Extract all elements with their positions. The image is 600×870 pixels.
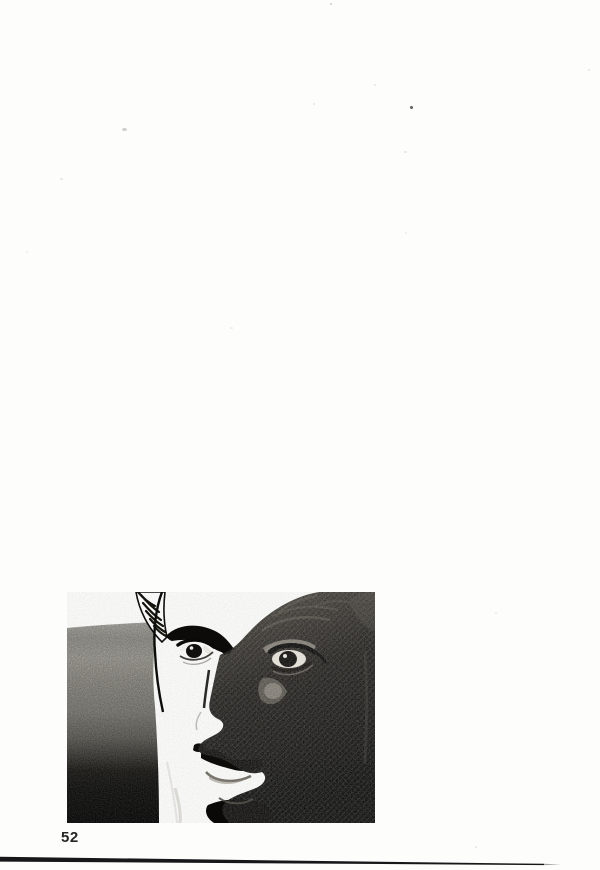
scan-speck <box>26 251 28 253</box>
scan-speck <box>60 178 63 180</box>
scan-speck <box>475 846 477 848</box>
scan-speck <box>405 232 407 234</box>
scan-speck <box>374 84 376 86</box>
page-number: 52 <box>61 829 79 846</box>
scan-speck <box>410 106 413 109</box>
scan-speck <box>122 128 127 131</box>
portrait-illustration: High-contrast halftone engraving of a ma… <box>67 592 375 823</box>
book-page: High-contrast halftone engraving of a ma… <box>0 0 600 870</box>
footer-rule <box>0 853 600 869</box>
scan-speck <box>404 151 407 153</box>
man-portrait-engraving-image: High-contrast halftone engraving of a ma… <box>67 592 375 823</box>
scan-speck <box>313 103 315 105</box>
scan-speck <box>230 327 233 329</box>
scan-speck <box>330 3 332 5</box>
scan-speck <box>495 612 497 614</box>
scan-speck <box>588 69 590 71</box>
